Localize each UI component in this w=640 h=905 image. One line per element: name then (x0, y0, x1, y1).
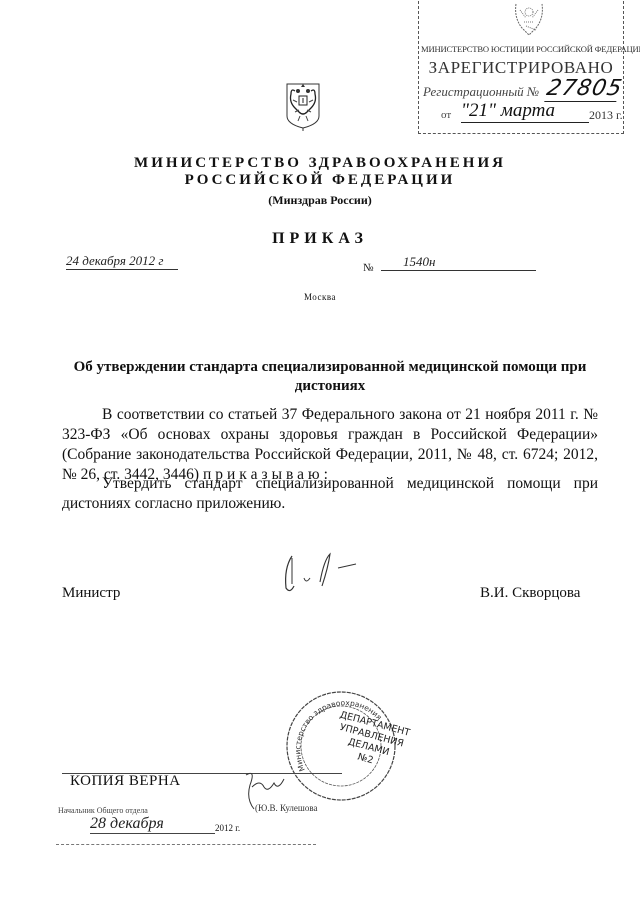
copy-true-label: КОПИЯ ВЕРНА (70, 773, 181, 790)
signer-name: В.И. Скворцова (480, 585, 580, 602)
registration-ministry: МИНИСТЕРСТВО ЮСТИЦИИ РОССИЙСКОЙ ФЕДЕРАЦИ… (421, 44, 621, 54)
ministry-short-name: (Минздрав России) (0, 193, 640, 208)
signer-title: Министр (62, 585, 120, 602)
order-number-label: № (363, 262, 374, 274)
registration-number-label: Регистрационный № (423, 84, 539, 100)
registration-date: "21" марта (461, 100, 589, 123)
order-date: 24 декабря 2012 г (66, 253, 178, 270)
copy-head-title: Начальник Общего отдела (58, 806, 148, 815)
coat-of-arms-icon (285, 82, 321, 132)
registration-status: ЗАРЕГИСТРИРОВАНО (419, 58, 623, 78)
registration-year: 2013 г. (589, 108, 623, 123)
body-paragraph-2-text: Утвердить стандарт специализированной ме… (62, 475, 598, 512)
registration-stamp: МИНИСТЕРСТВО ЮСТИЦИИ РОССИЙСКОЙ ФЕДЕРАЦИ… (418, 0, 624, 134)
ministry-name-line1: МИНИСТЕРСТВО ЗДРАВООХРАНЕНИЯ (0, 155, 640, 172)
registration-number: 27805 (544, 76, 622, 102)
order-city: Москва (0, 292, 640, 302)
body-paragraph-2: Утвердить стандарт специализированной ме… (62, 474, 598, 514)
copy-bottom-line (56, 844, 316, 845)
copy-date: 28 декабря (90, 815, 215, 834)
handwritten-signature (282, 548, 362, 598)
order-title: ПРИКАЗ (0, 230, 640, 248)
order-number: 1540н (381, 254, 536, 271)
body-paragraph-1: В соответствии со статьей 37 Федеральног… (62, 405, 598, 485)
double-headed-eagle-icon (512, 0, 546, 38)
copy-year: 2012 г. (215, 823, 240, 833)
registration-date-prefix: от (441, 109, 451, 121)
order-subject: Об утверждении стандарта специализирован… (60, 358, 600, 396)
copy-signer-name: (Ю.В. Кулешова (255, 803, 317, 813)
ministry-name-line2: РОССИЙСКОЙ ФЕДЕРАЦИИ (0, 172, 640, 189)
